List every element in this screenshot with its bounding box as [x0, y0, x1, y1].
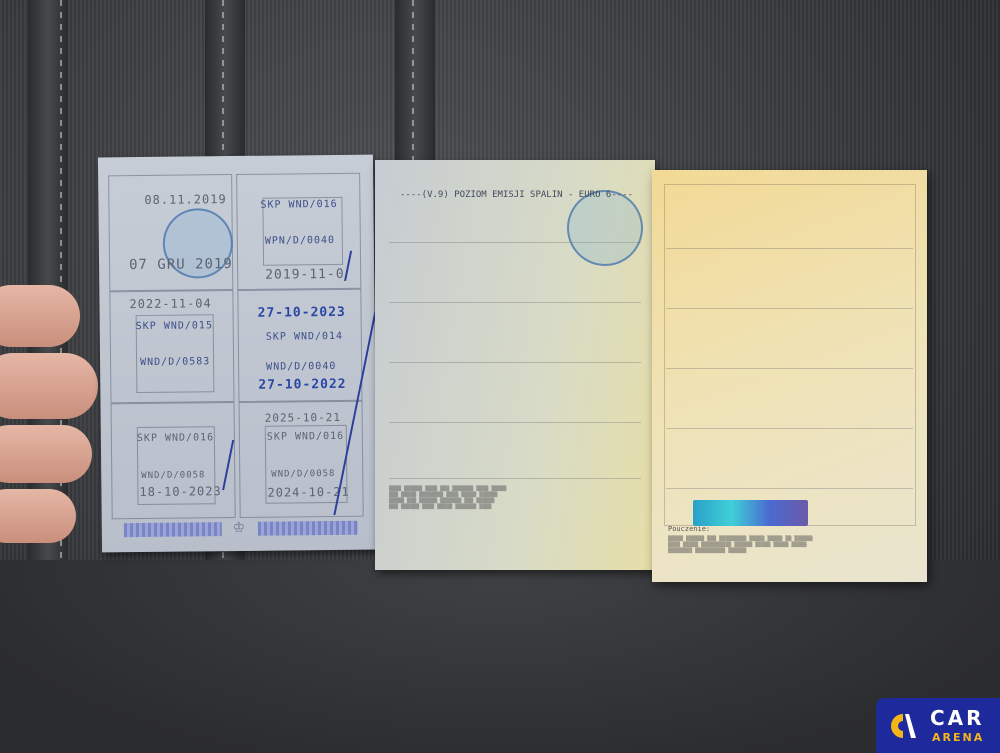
stamp-date: 18-10-2023 [139, 484, 221, 499]
stamp-station: SKP WND/016 [260, 199, 337, 211]
logo-text-arena: ARENA [932, 731, 984, 744]
security-band [258, 521, 358, 536]
document-left-page: 08.11.2019 07 GRU 2019 SKP WND/016 WPN/D… [98, 155, 377, 553]
note-heading: Pouczenie: [668, 526, 710, 532]
fine-print: ▒▒▒▒▒ ▒▒▒▒▒▒ ▒▒▒ ▒▒▒▒▒▒▒▒▒ ▒▒▒▒▒ ▒▒▒▒▒ ▒… [668, 536, 908, 554]
document-middle-page: ▒▒▒▒ ▒▒▒▒▒▒ ▒▒▒▒ ▒▒▒ ▒▒▒▒▒▒▒ ▒▒▒▒ ▒▒▒▒▒▒… [375, 160, 655, 570]
stamp-date: 2025-10-21 [265, 411, 341, 425]
logo-text-car: CAR [930, 706, 985, 730]
stamp-code: WND/D/0058 [141, 470, 205, 481]
stamp-date: 07 GRU 2019 [129, 256, 233, 273]
stamp-date: 2022-11-04 [129, 296, 211, 311]
stamp-code: WPN/D/0040 [265, 235, 335, 247]
stamp-station: SKP WND/014 [266, 331, 343, 343]
car-arena-logo: CAR ARENA [876, 698, 1000, 753]
seat-lower-cushion [0, 560, 1000, 753]
stamp-date: 27-10-2022 [258, 377, 346, 393]
car-arena-mark-icon [890, 712, 916, 740]
security-band [124, 522, 222, 537]
stamp-station: SKP WND/016 [137, 432, 214, 444]
stamp-station: SKP WND/015 [136, 320, 213, 332]
stamp-code: WND/D/0583 [140, 356, 210, 368]
stamp-code: WND/D/0040 [266, 361, 336, 373]
hologram-sticker [693, 500, 808, 526]
emission-level-text: ----(V.9) POZIOM EMISJI SPALIN - EURO 6-… [400, 190, 633, 200]
stamp-station: SKP WND/016 [267, 431, 344, 443]
stamp-date: 08.11.2019 [144, 192, 226, 207]
hand [0, 285, 100, 555]
stamp-code: WND/D/0058 [271, 469, 335, 480]
stamp-date: 27-10-2023 [258, 305, 346, 321]
seal-stamp [567, 190, 643, 266]
eagle-emblem-icon: ♔ [228, 516, 250, 542]
fine-print: ▒▒▒▒ ▒▒▒▒▒▒ ▒▒▒▒ ▒▒▒ ▒▒▒▒▒▒▒ ▒▒▒▒ ▒▒▒▒▒▒… [389, 486, 639, 510]
stamp-date: 2019-11-0 [265, 267, 345, 283]
